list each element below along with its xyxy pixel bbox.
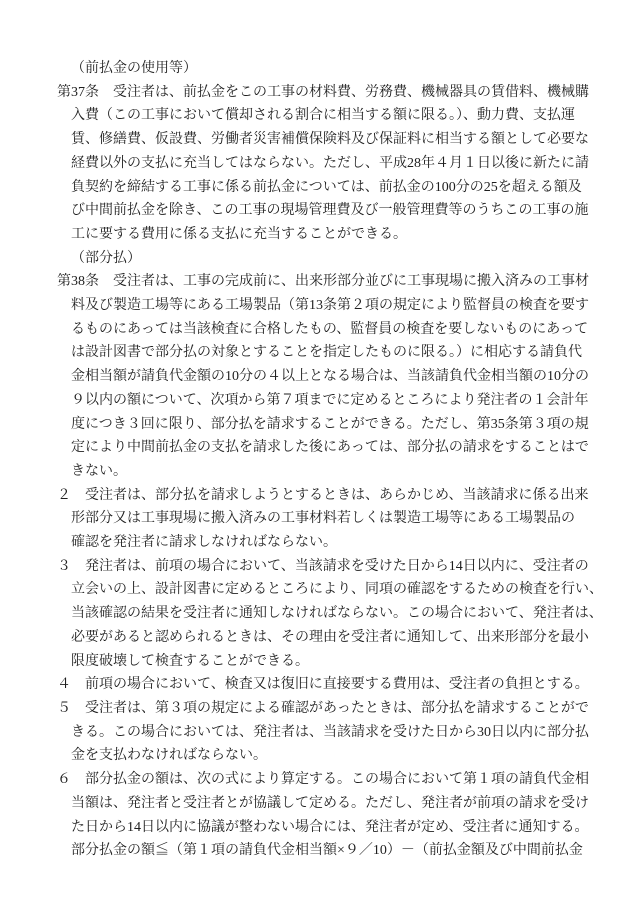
text-line: 第37条 受注者は、前払金をこの工事の材料費、労務費、機械器具の賃借料、機械購 [57,81,590,105]
article-38-paragraph-2: ２ 受注者は、部分払を請求しようとするときは、あらかじめ、当該請求に係る出来形部… [57,484,590,555]
text-line: び中間前払金を除き、この工事の現場管理費及び一般管理費等のうちこの工事の施 [57,199,590,223]
text-line: 立会いの上、設計図書に定めるところにより、同項の確認をするための検査を行い、 [57,578,590,602]
text-line: ３ 発注者は、前項の場合において、当該請求を受けた日から14日以内に、受注者の [57,555,590,579]
text-line: きる。この場合においては、発注者は、当該請求を受けた日から30日以内に部分払 [57,721,590,745]
text-line: は設計図書で部分払の対象とすることを指定したものに限る。）に相応する請負代 [57,341,590,365]
text-line: 限度破壊して検査することができる。 [57,650,590,674]
text-line: ２ 受注者は、部分払を請求しようとするときは、あらかじめ、当該請求に係る出来 [57,484,590,508]
article-37: 第37条 受注者は、前払金をこの工事の材料費、労務費、機械器具の賃借料、機械購入… [57,81,590,247]
text-line: 第38条 受注者は、工事の完成前に、出来形部分並びに工事現場に搬入済みの工事材 [57,270,590,294]
text-line: 当該確認の結果を受注者に通知しなければならない。この場合において、発注者は、 [57,602,590,626]
text-line: 工に要する費用に係る支払に充当することができる。 [57,223,590,247]
text-line: ６ 部分払金の額は、次の式により算定する。この場合において第１項の請負代金相 [57,768,590,792]
text-line: 入費（この工事において償却される割合に相当する額に限る。）、動力費、支払運 [57,104,590,128]
text-line: ５ 受注者は、第３項の規定による確認があったときは、部分払を請求することがで [57,697,590,721]
text-line: 当額は、発注者と受注者とが協議して定める。ただし、発注者が前項の請求を受け [57,792,590,816]
text-line: 必要があると認められるときは、その理由を受注者に通知して、出来形部分を最小 [57,626,590,650]
article-38-paragraph-4: ４ 前項の場合において、検査又は復旧に直接要する費用は、受注者の負担とする。 [57,673,590,697]
text-line: 経費以外の支払に充当してはならない。ただし、平成28年４月１日以後に新たに請 [57,152,590,176]
text-line: 部分払金の額≦（第１項の請負代金相当額×９／10）－（前払金額及び中間前払金 [57,839,590,863]
heading-use-of-advance-payment: （前払金の使用等） [57,57,590,81]
text-line: 形部分又は工事現場に搬入済みの工事材料若しくは製造工場等にある工場製品の [57,507,590,531]
article-38-paragraph-5: ５ 受注者は、第３項の規定による確認があったときは、部分払を請求することができる… [57,697,590,768]
section-heading-line: （部分払） [57,247,590,271]
document-page: （前払金の使用等）第37条 受注者は、前払金をこの工事の材料費、労務費、機械器具… [0,0,630,903]
text-line: 度につき３回に限り、部分払を請求することができる。ただし、第35条第３項の規 [57,413,590,437]
text-line: きない。 [57,460,590,484]
heading-partial-payment: （部分払） [57,247,590,271]
text-line: 金相当額が請負代金額の10分の４以上となる場合は、当該請負代金相当額の10分の [57,365,590,389]
text-line: た日から14日以内に協議が整わない場合には、発注者が定め、受注者に通知する。 [57,816,590,840]
text-line: ９以内の額について、次項から第７項までに定めるところにより発注者の１会計年 [57,389,590,413]
text-line: るものにあっては当該検査に合格したもの、監督員の検査を要しないものにあって [57,318,590,342]
text-line: 金を支払わなければならない。 [57,744,590,768]
text-line: 確認を発注者に請求しなければならない。 [57,531,590,555]
article-38: 第38条 受注者は、工事の完成前に、出来形部分並びに工事現場に搬入済みの工事材料… [57,270,590,483]
text-line: ４ 前項の場合において、検査又は復旧に直接要する費用は、受注者の負担とする。 [57,673,590,697]
section-heading-line: （前払金の使用等） [57,57,590,81]
article-38-paragraph-6: ６ 部分払金の額は、次の式により算定する。この場合において第１項の請負代金相当額… [57,768,590,863]
text-line: 料及び製造工場等にある工場製品（第13条第２項の規定により監督員の検査を要す [57,294,590,318]
article-38-paragraph-3: ３ 発注者は、前項の場合において、当該請求を受けた日から14日以内に、受注者の立… [57,555,590,674]
text-line: 賃、修繕費、仮設費、労働者災害補償保険料及び保証料に相当する額として必要な [57,128,590,152]
text-line: 定により中間前払金の支払を請求した後にあっては、部分払の請求をすることはで [57,436,590,460]
text-line: 負契約を締結する工事に係る前払金については、前払金の100分の25を超える額及 [57,176,590,200]
